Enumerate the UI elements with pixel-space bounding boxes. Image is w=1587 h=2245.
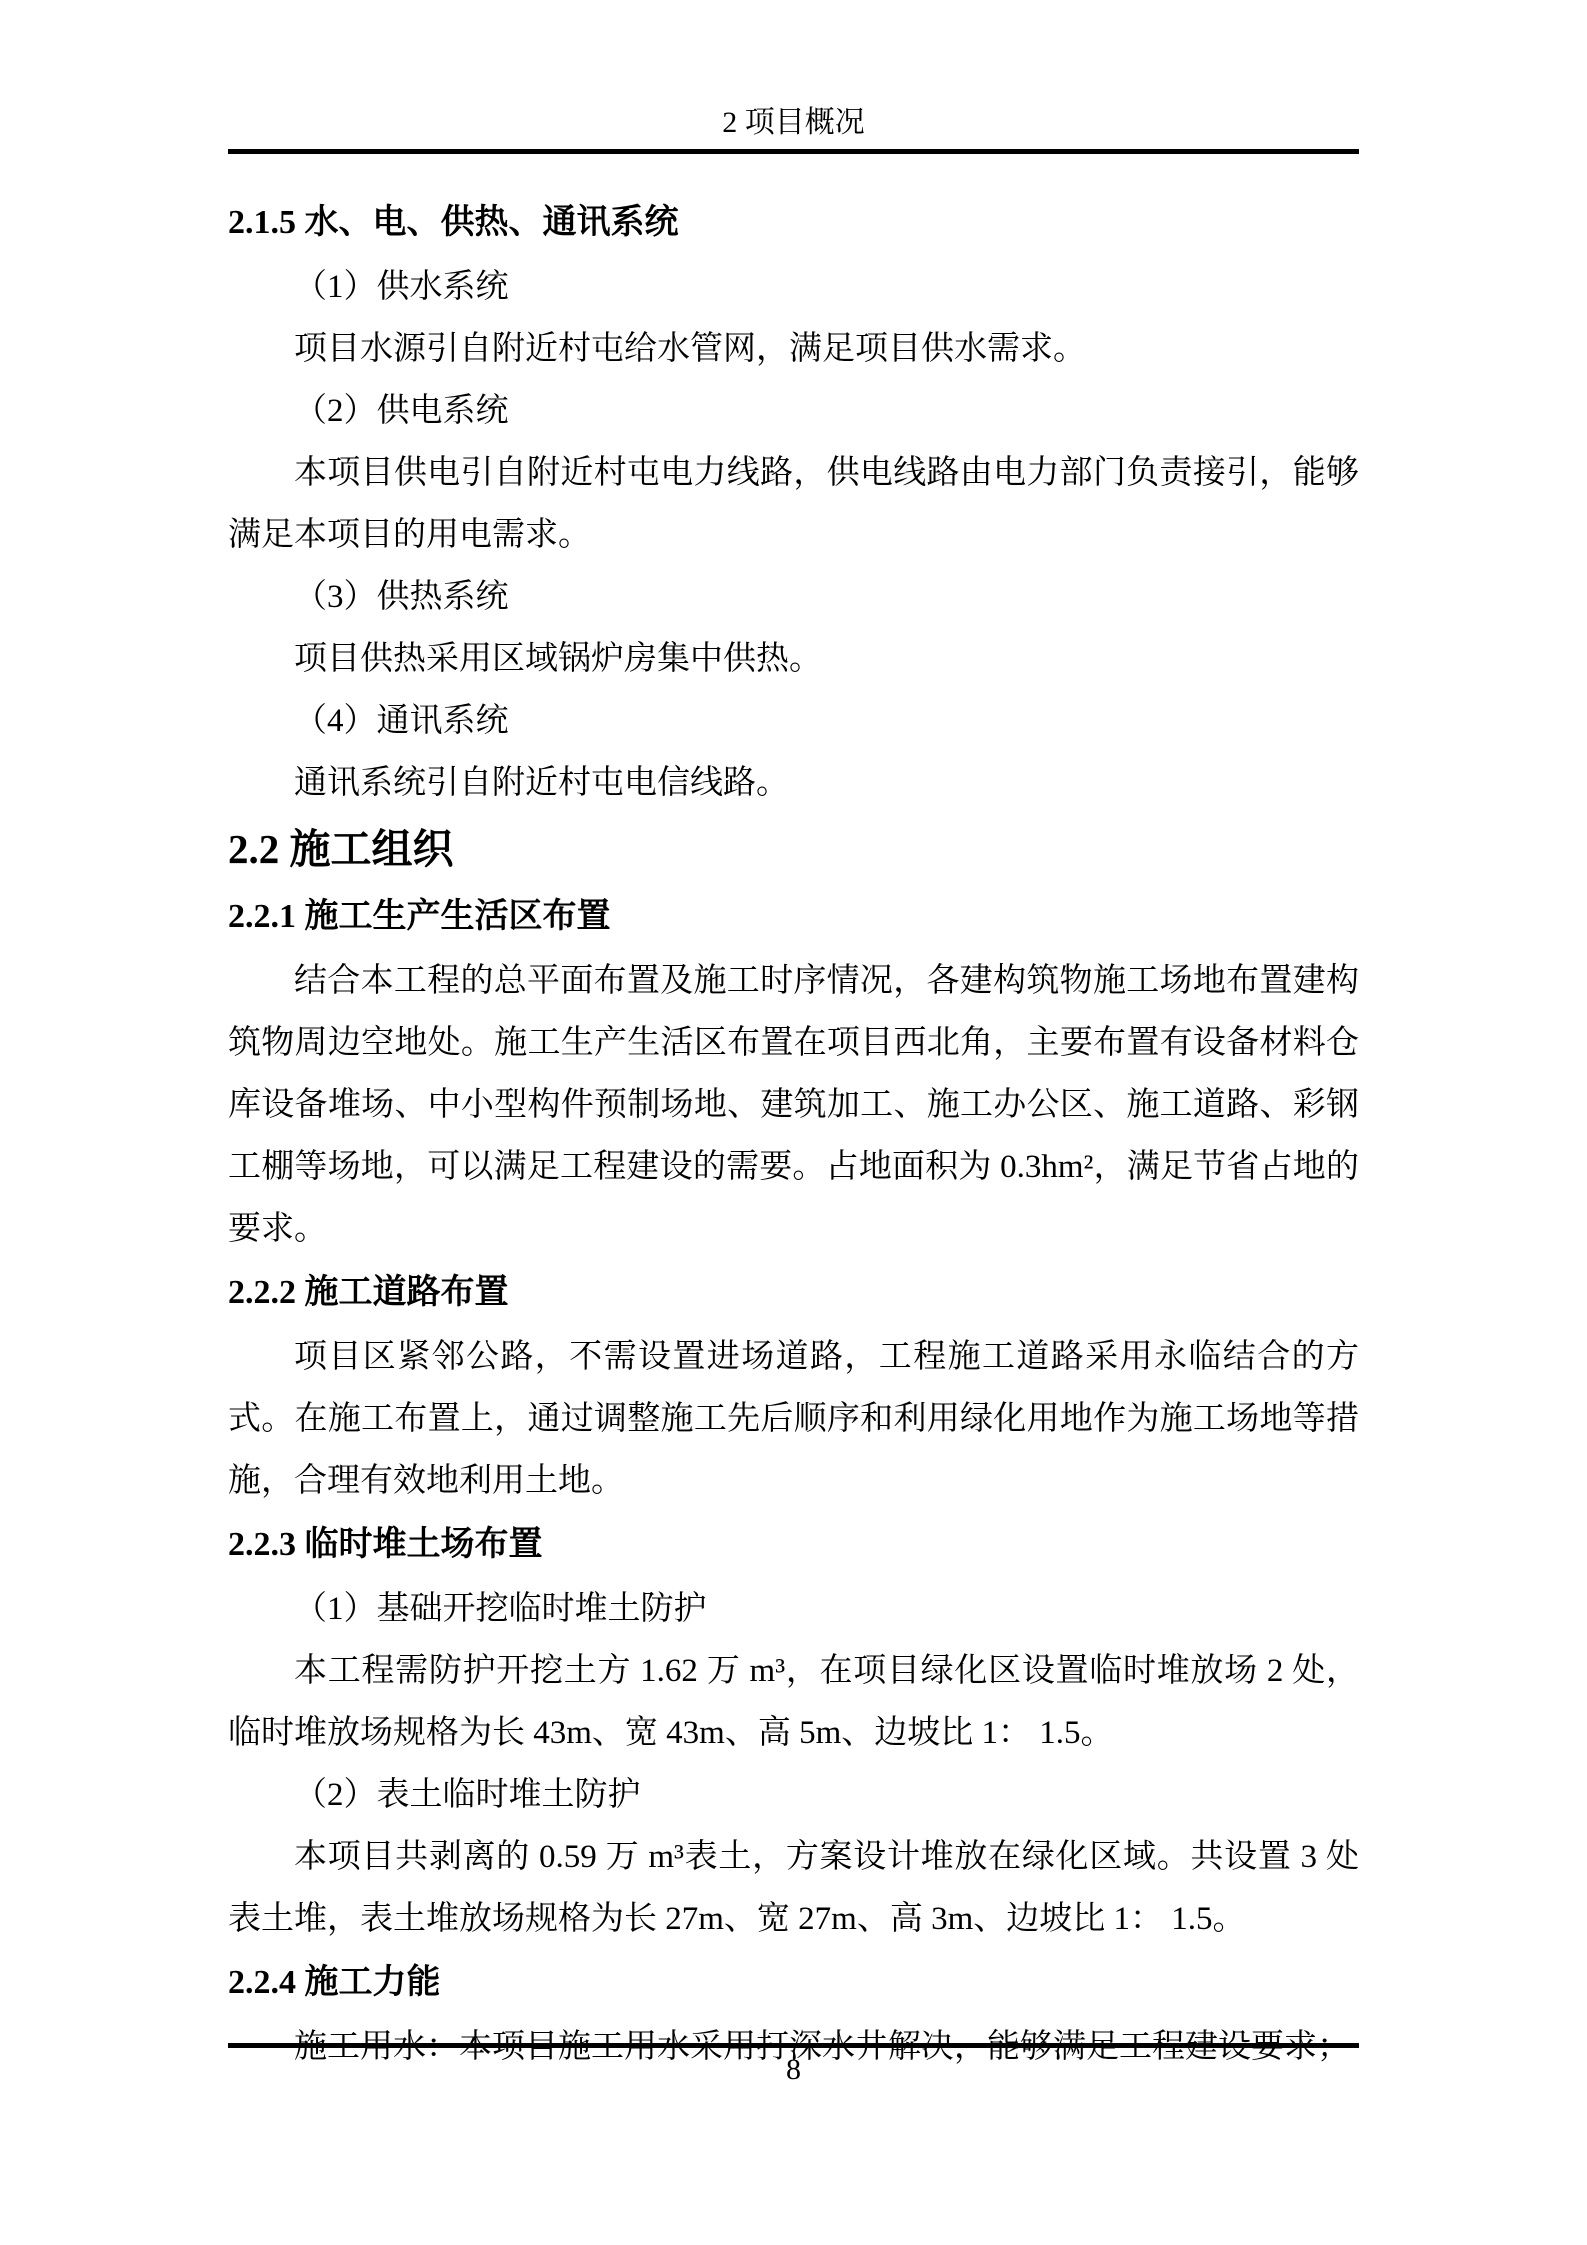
- subitem-topsoil: （2）表土临时堆土防护: [228, 1764, 1359, 1826]
- paragraph-water-supply: 项目水源引自附近村屯给水管网，满足项目供水需求。: [228, 318, 1359, 380]
- page-footer: 8: [228, 2043, 1359, 2087]
- paragraph-heat-supply: 项目供热采用区域锅炉房集中供热。: [228, 628, 1359, 690]
- heading-2-2-3: 2.2.3 临时堆土场布置: [228, 1512, 1359, 1578]
- document-body: 2.1.5 水、电、供热、通讯系统 （1）供水系统 项目水源引自附近村屯给水管网…: [228, 190, 1359, 2078]
- running-header-title: 2 项目概况: [228, 106, 1359, 140]
- heading-2-1-5: 2.1.5 水、电、供热、通讯系统: [228, 190, 1359, 256]
- paragraph-topsoil: 本项目共剥离的 0.59 万 m³表土，方案设计堆放在绿化区域。共设置 3 处表…: [228, 1826, 1359, 1950]
- heading-2-2: 2.2 施工组织: [228, 814, 1359, 884]
- page-number: 8: [228, 2053, 1359, 2087]
- paragraph-roads: 项目区紧邻公路，不需设置进场道路，工程施工道路采用永临结合的方式。在施工布置上，…: [228, 1326, 1359, 1512]
- paragraph-telecom: 通讯系统引自附近村屯电信线路。: [228, 752, 1359, 814]
- paragraph-power-supply: 本项目供电引自附近村屯电力线路，供电线路由电力部门负责接引，能够满足本项目的用电…: [228, 442, 1359, 566]
- heading-2-2-4: 2.2.4 施工力能: [228, 1950, 1359, 2016]
- subitem-telecom: （4）通讯系统: [228, 690, 1359, 752]
- paragraph-site-layout: 结合本工程的总平面布置及施工时序情况，各建构筑物施工场地布置建构筑物周边空地处。…: [228, 950, 1359, 1260]
- subitem-excavation-soil: （1）基础开挖临时堆土防护: [228, 1578, 1359, 1640]
- heading-2-2-1: 2.2.1 施工生产生活区布置: [228, 884, 1359, 950]
- document-page: 2 项目概况 2.1.5 水、电、供热、通讯系统 （1）供水系统 项目水源引自附…: [0, 0, 1587, 2245]
- subitem-water-supply: （1）供水系统: [228, 256, 1359, 318]
- heading-2-2-2: 2.2.2 施工道路布置: [228, 1260, 1359, 1326]
- subitem-heat-supply: （3）供热系统: [228, 566, 1359, 628]
- page-header: 2 项目概况: [228, 0, 1359, 154]
- subitem-power-supply: （2）供电系统: [228, 380, 1359, 442]
- paragraph-excavation-soil: 本工程需防护开挖土方 1.62 万 m³，在项目绿化区设置临时堆放场 2 处，临…: [228, 1640, 1359, 1764]
